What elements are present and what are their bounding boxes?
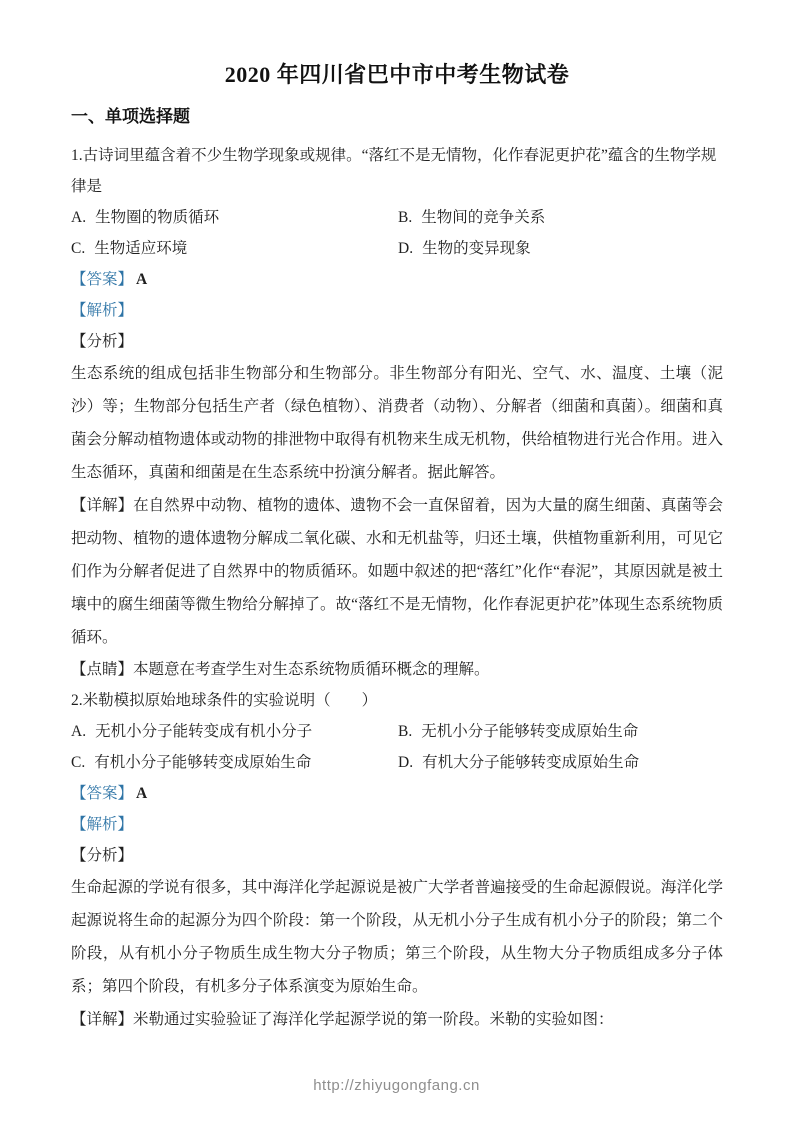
question-1-options: A.生物圈的物质循环 B.生物间的竞争关系 C.生物适应环境 D.生物的变异现象: [71, 202, 723, 264]
question-2-stem-text: 米勒模拟原始地球条件的实验说明（ ）: [83, 692, 378, 709]
option-letter: B.: [398, 716, 412, 747]
question-2-option-a: A.无机小分子能转变成有机小分子: [71, 716, 398, 747]
jiexi-label: 【解析】: [71, 302, 133, 319]
document-content: 2020 年四川省巴中市中考生物试卷 一、单项选择题 1.古诗词里蕴含着不少生物…: [71, 58, 723, 1036]
option-letter: D.: [398, 233, 413, 264]
option-text: 无机小分子能够转变成原始生命: [421, 723, 638, 740]
option-letter: A.: [71, 202, 86, 233]
option-text: 有机大分子能够转变成原始生命: [422, 754, 639, 771]
question-2-fenxi-paragraph: 生命起源的学说有很多，其中海洋化学起源说是被广大学者普遍接受的生命起源假说。海洋…: [71, 871, 723, 1003]
option-text: 有机小分子能够转变成原始生命: [94, 754, 311, 771]
question-block-1: 1.古诗词里蕴含着不少生物学现象或规律。“落红不是无情物，化作春泥更护花”蕴含的…: [71, 140, 723, 685]
footer-watermark-url: http://zhiyugongfang.cn: [0, 1077, 793, 1094]
option-letter: C.: [71, 233, 85, 264]
question-1-xiangjie-paragraph: 【详解】在自然界中动物、植物的遗体、遗物不会一直保留着，因为大量的腐生细菌、真菌…: [71, 489, 723, 654]
question-2-number: 2.: [71, 692, 83, 709]
question-2-answer-line: 【答案】A: [71, 778, 723, 809]
question-2-options: A.无机小分子能转变成有机小分子 B.无机小分子能够转变成原始生命 C.有机小分…: [71, 716, 723, 778]
question-2-fenxi-label: 【分析】: [71, 840, 723, 871]
option-letter: A.: [71, 716, 86, 747]
option-text: 生物适应环境: [94, 240, 187, 257]
option-text: 生物间的竞争关系: [421, 209, 545, 226]
question-1-number: 1.: [71, 147, 83, 164]
question-1-option-a: A.生物圈的物质循环: [71, 202, 398, 233]
question-1-fenxi-label: 【分析】: [71, 326, 723, 357]
question-1-dianjing-line: 【点睛】本题意在考查学生对生态系统物质循环概念的理解。: [71, 654, 723, 685]
jiexi-label: 【解析】: [71, 816, 133, 833]
answer-value: A: [136, 785, 147, 802]
question-1-option-b: B.生物间的竞争关系: [398, 202, 723, 233]
answer-value: A: [136, 271, 147, 288]
option-letter: B.: [398, 202, 412, 233]
option-letter: C.: [71, 747, 85, 778]
question-1-answer-line: 【答案】A: [71, 264, 723, 295]
question-2-option-b: B.无机小分子能够转变成原始生命: [398, 716, 723, 747]
question-1-option-c: C.生物适应环境: [71, 233, 398, 264]
question-1-stem: 1.古诗词里蕴含着不少生物学现象或规律。“落红不是无情物，化作春泥更护花”蕴含的…: [71, 140, 723, 202]
question-2-jiexi-label: 【解析】: [71, 809, 723, 840]
answer-label: 【答案】: [71, 271, 133, 288]
question-2-option-d: D.有机大分子能够转变成原始生命: [398, 747, 723, 778]
question-1-stem-text: 古诗词里蕴含着不少生物学现象或规律。“落红不是无情物，化作春泥更护花”蕴含的生物…: [71, 147, 716, 195]
answer-label: 【答案】: [71, 785, 133, 802]
question-2-stem: 2.米勒模拟原始地球条件的实验说明（ ）: [71, 685, 723, 716]
page-title: 2020 年四川省巴中市中考生物试卷: [71, 58, 723, 92]
option-letter: D.: [398, 747, 413, 778]
question-1-jiexi-label: 【解析】: [71, 295, 723, 326]
question-1-fenxi-paragraph: 生态系统的组成包括非生物部分和生物部分。非生物部分有阳光、空气、水、温度、土壤（…: [71, 357, 723, 489]
option-text: 无机小分子能转变成有机小分子: [95, 723, 312, 740]
document-page: 2020 年四川省巴中市中考生物试卷 一、单项选择题 1.古诗词里蕴含着不少生物…: [0, 0, 793, 1122]
option-text: 生物圈的物质循环: [95, 209, 219, 226]
option-text: 生物的变异现象: [422, 240, 531, 257]
question-block-2: 2.米勒模拟原始地球条件的实验说明（ ） A.无机小分子能转变成有机小分子 B.…: [71, 685, 723, 1036]
question-1-option-d: D.生物的变异现象: [398, 233, 723, 264]
question-2-xiangjie-paragraph: 【详解】米勒通过实验验证了海洋化学起源学说的第一阶段。米勒的实验如图：: [71, 1003, 723, 1036]
question-2-option-c: C.有机小分子能够转变成原始生命: [71, 747, 398, 778]
section-header: 一、单项选择题: [71, 104, 723, 130]
